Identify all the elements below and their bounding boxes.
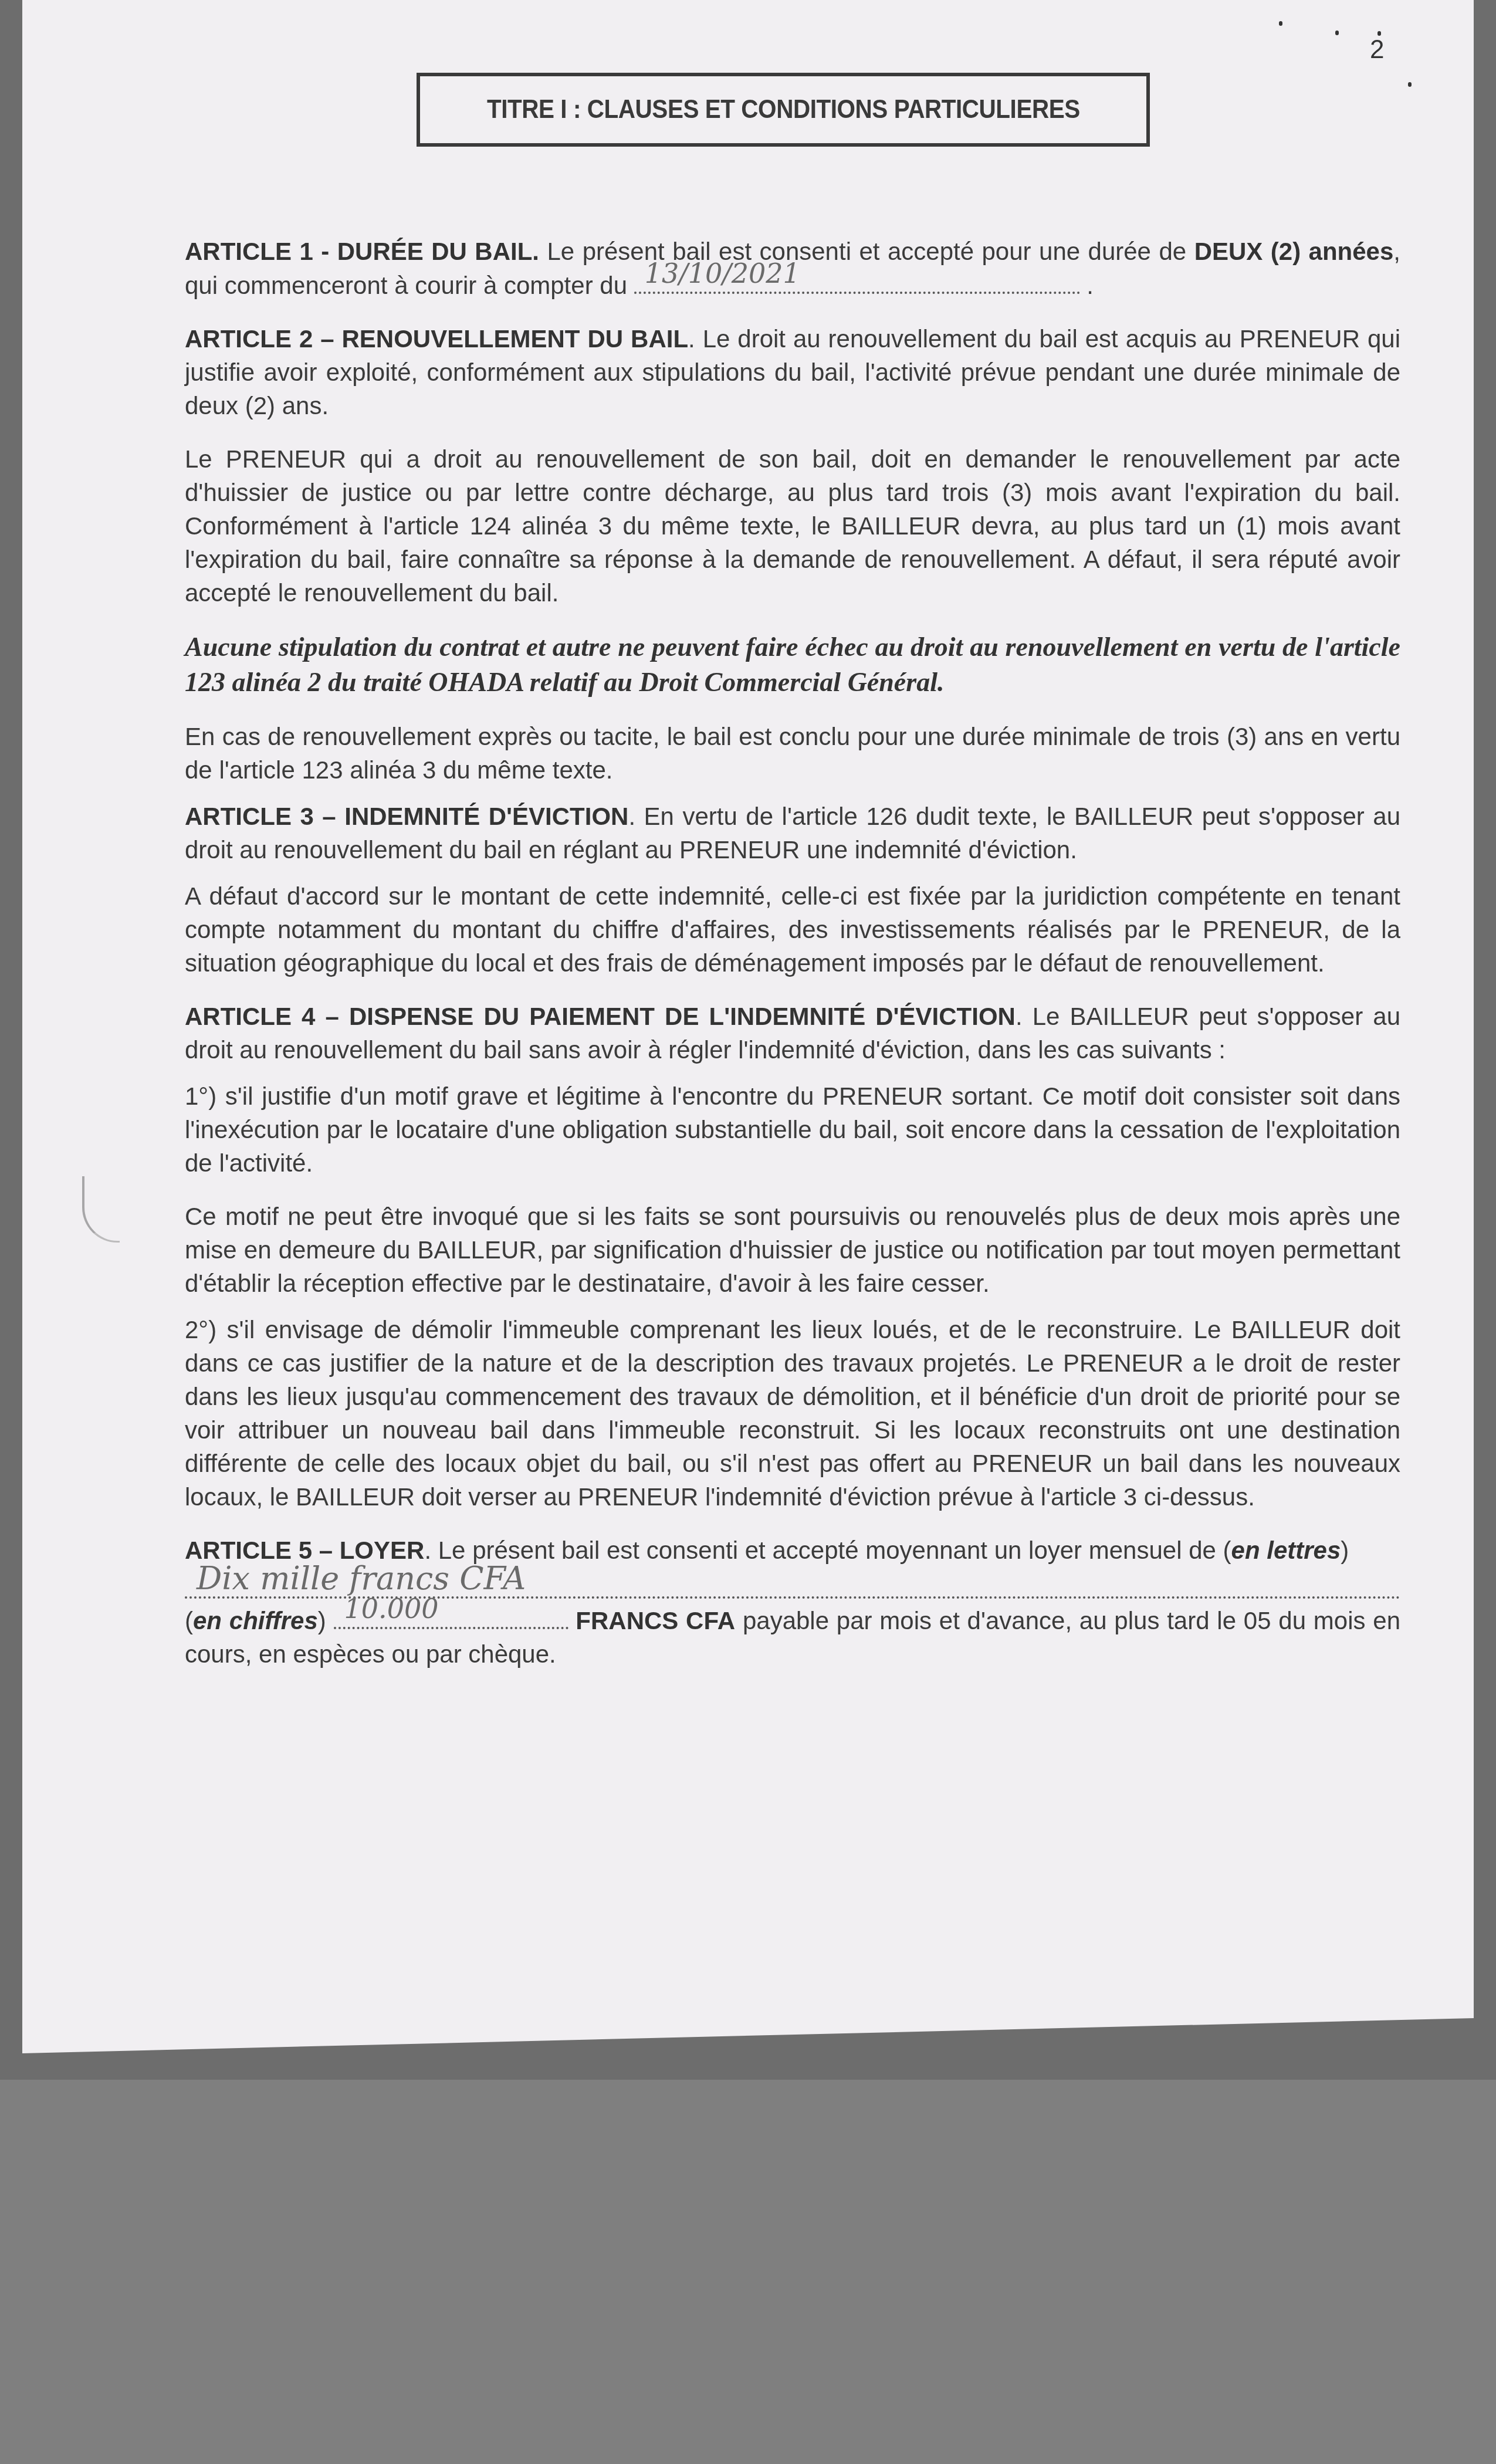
- article-4-case-1-note: Ce motif ne peut être invoqué que si les…: [185, 1200, 1400, 1300]
- article-1-heading: ARTICLE 1 - DURÉE DU BAIL.: [185, 238, 539, 265]
- rent-in-figures-handwritten: 10.000: [344, 1592, 439, 1626]
- article-4-case-1: 1°) s'il justifie d'un motif grave et lé…: [185, 1079, 1400, 1180]
- ohada-clause: Aucune stipulation du contrat et autre n…: [185, 629, 1400, 700]
- article-3-paragraph-1: ARTICLE 3 – INDEMNITÉ D'ÉVICTION. En ver…: [185, 800, 1400, 867]
- paper-speck: [1335, 31, 1339, 35]
- in-letters-label: en lettres: [1231, 1536, 1341, 1564]
- page-title: TITRE I : CLAUSES ET CONDITIONS PARTICUL…: [487, 95, 1080, 124]
- article-3-paragraph-2: A défaut d'accord sur le montant de cett…: [185, 879, 1400, 980]
- article-4-case-2: 2°) s'il envisage de démolir l'immeuble …: [185, 1313, 1400, 1514]
- article-5-intro-close: ): [1341, 1536, 1349, 1564]
- start-date-field[interactable]: 13/10/2021: [634, 268, 1080, 294]
- article-1: ARTICLE 1 - DURÉE DU BAIL. Le présent ba…: [185, 235, 1400, 302]
- paper-speck: [1279, 21, 1282, 26]
- currency-label: FRANCS CFA: [576, 1607, 735, 1634]
- article-4-heading: ARTICLE 4 – DISPENSE DU PAIEMENT DE L'IN…: [185, 1003, 1016, 1030]
- article-2-paragraph-2: Le PRENEUR qui a droit au renouvellement…: [185, 442, 1400, 610]
- article-2-paragraph-3: En cas de renouvellement exprès ou tacit…: [185, 720, 1400, 787]
- article-2-paragraph-1: ARTICLE 2 – RENOUVELLEMENT DU BAIL. Le d…: [185, 322, 1400, 422]
- page-number: 2: [1370, 35, 1384, 65]
- article-1-duration: DEUX (2) années: [1194, 238, 1394, 265]
- article-4-paragraph-1: ARTICLE 4 – DISPENSE DU PAIEMENT DE L'IN…: [185, 1000, 1400, 1067]
- article-1-text: Le présent bail est consenti et accepté …: [539, 238, 1194, 265]
- paper-speck: [1408, 82, 1412, 87]
- article-3-heading: ARTICLE 3 – INDEMNITÉ D'ÉVICTION: [185, 803, 628, 830]
- rent-in-letters-handwritten: Dix mille francs CFA: [197, 1562, 526, 1595]
- rent-in-figures-field[interactable]: 10.000: [334, 1603, 568, 1629]
- article-5: ARTICLE 5 – LOYER. Le présent bail est c…: [185, 1534, 1400, 1671]
- title-box: TITRE I : CLAUSES ET CONDITIONS PARTICUL…: [417, 73, 1150, 147]
- in-figures-label: en chiffres: [193, 1607, 318, 1634]
- article-2-heading: ARTICLE 2 – RENOUVELLEMENT DU BAIL: [185, 325, 688, 353]
- start-date-handwritten: 13/10/2021: [645, 257, 800, 290]
- article-1-end: .: [1080, 272, 1094, 299]
- article-5-intro: . Le présent bail est consenti et accept…: [424, 1536, 1231, 1564]
- document-body: ARTICLE 1 - DURÉE DU BAIL. Le présent ba…: [185, 235, 1400, 1671]
